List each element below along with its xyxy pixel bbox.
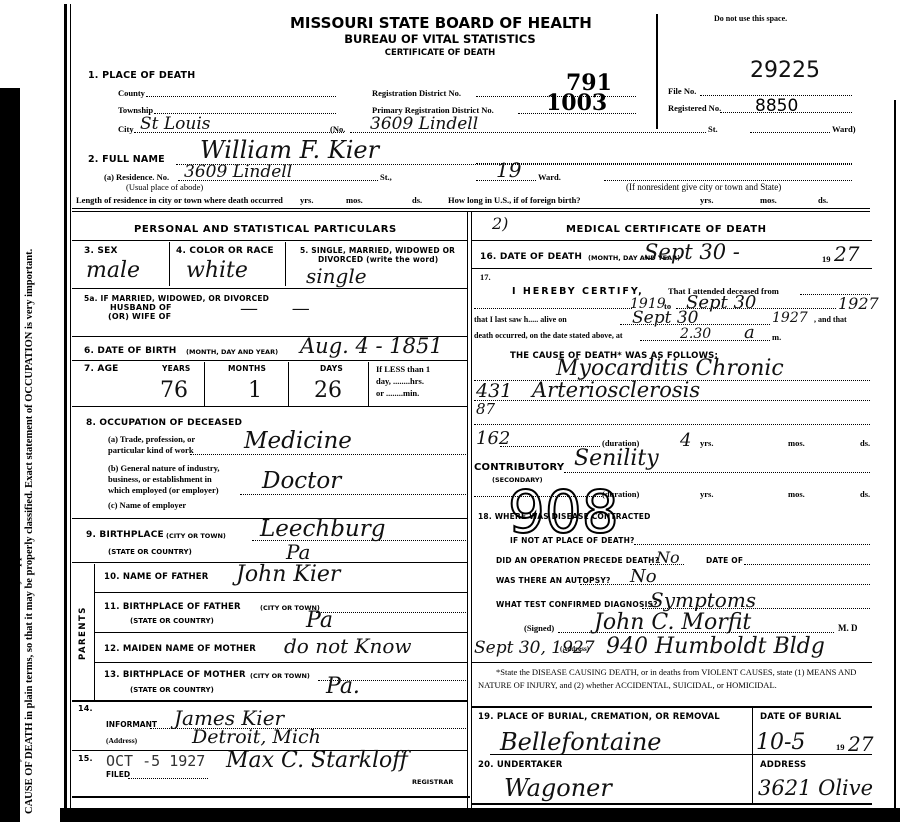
- place-of-death-label: 1. PLACE OF DEATH: [88, 70, 195, 81]
- length-of-residence-label: Length of residence in city or town wher…: [76, 195, 283, 205]
- residence-st-label: St.,: [380, 172, 392, 182]
- contributory-label: CONTRIBUTORY: [474, 462, 564, 473]
- birthplace-state-label: (STATE OR COUNTRY): [108, 548, 192, 556]
- undertaker-label: 20. UNDERTAKER: [478, 760, 563, 770]
- burial-year: 27: [848, 732, 873, 756]
- parents-label: PARENTS: [78, 606, 88, 660]
- death-time: 2.30: [680, 326, 711, 342]
- marital-value: single: [306, 264, 367, 288]
- residence-value: 3609 Lindell: [184, 162, 292, 182]
- burial-date-value: 10-5: [756, 730, 805, 755]
- contributory-value: Senility: [574, 446, 659, 471]
- duration-2-ds: ds.: [860, 489, 870, 499]
- industry-label-3: which employed (or employer): [108, 485, 219, 495]
- dod-label: 16. DATE OF DEATH: [480, 252, 582, 262]
- operation-label: DID AN OPERATION PRECEDE DEATH?: [496, 556, 659, 565]
- registered-number-stamp: 8850: [755, 96, 798, 116]
- and-that-label: , and that: [814, 315, 847, 324]
- mother-bp-value: Pa.: [326, 674, 360, 699]
- trade-value: Medicine: [244, 428, 352, 454]
- item-17-number: 17.: [480, 272, 491, 282]
- dod-year: 27: [834, 242, 859, 266]
- m-label: m.: [772, 332, 781, 342]
- sex-label: 3. SEX: [84, 246, 118, 256]
- filed-date-stamp: OCT -5 1927: [106, 752, 205, 770]
- scan-edge-bottom: [60, 808, 900, 822]
- us-mos: mos.: [760, 195, 777, 205]
- file-no-label: File No.: [668, 86, 696, 96]
- last-saw-year: 1927: [772, 310, 808, 326]
- mother-bp-label: 13. BIRTHPLACE OF MOTHER: [104, 670, 246, 680]
- test-label: WHAT TEST CONFIRMED DIAGNOSIS?: [496, 600, 658, 609]
- occupation-label: 8. OCCUPATION OF DECEASED: [86, 418, 242, 428]
- md-label: M. D: [838, 623, 858, 633]
- burial-date-label: DATE OF BURIAL: [760, 712, 841, 722]
- industry-label-1: (b) General nature of industry,: [108, 463, 220, 473]
- informant-address-label: (Address): [106, 736, 137, 745]
- scan-shadow: [0, 95, 14, 822]
- birthplace-value: Leechburg: [260, 516, 385, 542]
- mother-label: 12. MAIDEN NAME OF MOTHER: [104, 644, 256, 654]
- industry-value: Doctor: [262, 468, 341, 494]
- street-value: 3609 Lindell: [370, 114, 478, 134]
- less-hrs-label: day, ........hrs.: [376, 376, 424, 386]
- registrar-label: REGISTRAR: [412, 778, 453, 786]
- duration-ds: ds.: [860, 438, 870, 448]
- autopsy-value: No: [630, 566, 657, 587]
- employer-label: (c) Name of employer: [108, 500, 186, 510]
- county-label: County: [118, 88, 145, 98]
- informant-address-value: Detroit, Mich: [192, 726, 321, 748]
- burial-label: 19. PLACE OF BURIAL, CREMATION, OR REMOV…: [478, 712, 720, 722]
- mother-bp-sub: (CITY OR TOWN): [250, 672, 310, 680]
- medical-section-title: MEDICAL CERTIFICATE OF DEATH: [566, 224, 767, 235]
- father-bp-state-label: (STATE OR COUNTRY): [130, 617, 214, 625]
- side-note-line-2: CAUSE OF DEATH in plain terms, so that i…: [23, 249, 36, 814]
- marital-label: 5. SINGLE, MARRIED, WIDOWED OR: [300, 246, 455, 255]
- last-saw-label: that I last saw h..... alive on: [474, 315, 567, 324]
- birthplace-state-value: Pa: [286, 540, 310, 564]
- usual-abode-note: (Usual place of abode): [126, 182, 203, 192]
- spouse-label-2: HUSBAND OF: [110, 303, 172, 312]
- personal-section-title: PERSONAL AND STATISTICAL PARTICULARS: [134, 224, 397, 235]
- full-name-value: William F. Kier: [200, 136, 379, 164]
- form-border-left-inner: [70, 4, 71, 812]
- test-value: Symptoms: [650, 588, 756, 612]
- industry-label-2: business, or establishment in: [108, 474, 212, 484]
- dob-label: 6. DATE OF BIRTH: [84, 346, 177, 356]
- father-label: 10. NAME OF FATHER: [104, 572, 209, 582]
- registrar-signature: Max C. Starkloff: [226, 748, 408, 773]
- duration-2-mos: mos.: [788, 489, 805, 499]
- if-not-place-label: IF NOT AT PLACE OF DEATH?: [510, 536, 635, 545]
- dob-sub-label: (MONTH, DAY AND YEAR): [186, 348, 278, 356]
- days-value: 26: [314, 378, 342, 403]
- registered-no-label: Registered No.: [668, 103, 721, 113]
- nonresident-note: (If nonresident give city or town and St…: [626, 182, 781, 192]
- us-ds: ds.: [818, 195, 828, 205]
- dod-value: Sept 30 -: [644, 240, 740, 264]
- race-value: white: [186, 258, 248, 283]
- header-divider: [656, 14, 658, 129]
- city-label: City: [118, 124, 134, 134]
- cause-footnote: *State the DISEASE CAUSING DEATH, or in …: [478, 666, 872, 692]
- operation-date-label: DATE OF: [706, 556, 743, 565]
- filed-label: FILED: [106, 770, 130, 779]
- mother-bp-state-label: (STATE OR COUNTRY): [130, 686, 214, 694]
- days-label: DAYS: [320, 364, 343, 373]
- duration-2-yrs: yrs.: [700, 489, 713, 499]
- duration-mos: mos.: [788, 438, 805, 448]
- physician-address-label: (Address): [560, 645, 589, 653]
- form-bureau: BUREAU OF VITAL STATISTICS: [320, 32, 560, 46]
- dod-year-prefix: 19: [822, 254, 831, 264]
- months-label: MONTHS: [228, 364, 266, 373]
- signed-label: (Signed): [524, 623, 554, 633]
- undertaker-address-value: 3621 Olive: [758, 776, 873, 800]
- less-min-label: or ........min.: [376, 388, 419, 398]
- duration-yrs: yrs.: [700, 438, 713, 448]
- undertaker-value: Wagoner: [504, 774, 612, 802]
- residence-ward-label: Ward.: [538, 172, 561, 182]
- certify-lead: I HEREBY CERTIFY,: [512, 286, 644, 297]
- street-no-label: (No.: [330, 124, 345, 134]
- age-label: 7. AGE: [84, 364, 119, 374]
- cause-code-2: 87: [476, 400, 495, 418]
- operation-value: No: [656, 548, 680, 567]
- form-border-right: [894, 100, 896, 820]
- length-yrs: yrs.: [300, 195, 313, 205]
- length-mos: mos.: [346, 195, 363, 205]
- years-label: YEARS: [162, 364, 191, 373]
- race-label: 4. COLOR OR RACE: [176, 246, 274, 256]
- registration-district-label: Registration District No.: [372, 88, 461, 98]
- trade-label-1: (a) Trade, profession, or: [108, 434, 195, 444]
- full-name-label: 2. FULL NAME: [88, 154, 165, 165]
- form-title: MISSOURI STATE BOARD OF HEALTH: [290, 14, 590, 32]
- do-not-use-note: Do not use this space.: [714, 14, 787, 23]
- duration-value: 4: [680, 430, 691, 451]
- birthplace-label: 9. BIRTHPLACE: [86, 530, 164, 540]
- cause-code-1: 431: [476, 380, 512, 402]
- ward-value: 19: [496, 158, 521, 182]
- informant-number: 14.: [78, 704, 93, 713]
- burial-year-prefix: 19: [836, 742, 845, 752]
- father-bp-label: 11. BIRTHPLACE OF FATHER: [104, 602, 241, 612]
- st-label: St.: [708, 124, 718, 134]
- physician-address: 940 Humboldt Bldg: [606, 634, 825, 659]
- file-number-stamp: 29225: [750, 58, 820, 83]
- burial-place-value: Bellefontaine: [500, 728, 661, 756]
- trade-label-2: particular kind of work: [108, 445, 194, 455]
- scan-edge-gap: [0, 0, 22, 88]
- form-border-left: [64, 4, 67, 812]
- physician-signature: John C. Morfit: [594, 610, 751, 635]
- cause-line-2: Arteriosclerosis: [532, 378, 700, 402]
- filed-number: 15.: [78, 754, 93, 763]
- us-yrs: yrs.: [700, 195, 713, 205]
- spouse-label-3: (OR) WIFE OF: [108, 312, 171, 321]
- death-am-pm: a: [744, 322, 755, 343]
- city-value: St Louis: [140, 114, 211, 134]
- months-value: 1: [248, 378, 262, 403]
- corner-annotation: 2): [492, 214, 508, 233]
- father-value: John Kier: [236, 562, 340, 587]
- years-value: 76: [160, 378, 188, 403]
- birthplace-sub: (CITY OR TOWN): [166, 532, 226, 540]
- marital-label-2: DIVORCED (write the word): [318, 255, 438, 264]
- primary-district-value: 1003: [546, 90, 607, 116]
- us-length-label: How long in U.S., if of foreign birth?: [448, 195, 581, 205]
- length-ds: ds.: [412, 195, 422, 205]
- father-bp-value: Pa: [306, 608, 333, 633]
- undertaker-address-label: ADDRESS: [760, 760, 806, 770]
- less-than-day-label: If LESS than 1: [376, 364, 430, 374]
- mother-value: do not Know: [284, 634, 412, 658]
- dob-value: Aug. 4 - 1851: [300, 334, 443, 358]
- ward-label: Ward): [832, 124, 856, 134]
- attended-to-year: 1927: [838, 294, 879, 313]
- spouse-value: — —: [240, 298, 324, 319]
- residence-label: (a) Residence. No.: [104, 172, 169, 182]
- form-subtitle: CERTIFICATE OF DEATH: [360, 48, 520, 58]
- death-occurred-label: death occurred, on the date stated above…: [474, 331, 623, 340]
- last-saw-value: Sept 30: [632, 308, 698, 328]
- sex-value: male: [86, 258, 140, 283]
